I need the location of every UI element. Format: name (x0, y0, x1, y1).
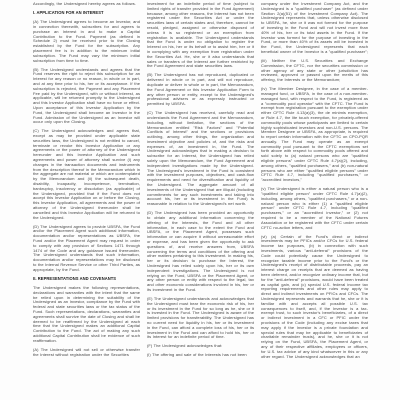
text-column-2: investment for an indefinite period of t… (147, 2, 254, 400)
paragraph: (B) The Undersigned understands and agre… (33, 68, 140, 126)
section-heading: II. REPRESENTATIONS AND COVENANTS (33, 277, 140, 282)
paragraph: company under the Investment Company Act… (261, 2, 368, 55)
paragraph: investment for an indefinite period of t… (147, 2, 254, 69)
paragraph: (iv) The Member Designee, in the case of… (261, 87, 368, 183)
document-columns: Accordingly, the Undersigned hereby agre… (33, 2, 368, 400)
paragraph: (v) The Undersigned is either a natural … (261, 187, 368, 230)
paragraph: (B) The Undersigned has not reproduced, … (147, 73, 254, 107)
text-column-3: company under the Investment Company Act… (261, 2, 368, 400)
paragraph: (D) The Undersigned has been provided an… (147, 211, 254, 293)
text-column-1: Accordingly, the Undersigned hereby agre… (33, 2, 140, 400)
paragraph: (C) The Undersigned acknowledges and agr… (33, 129, 140, 220)
document-page: Accordingly, the Undersigned hereby agre… (0, 0, 400, 400)
paragraph: (A) The Undersigned agrees to become an … (33, 20, 140, 63)
paragraph: (vi) (a) Certain of the Fund's direct or… (261, 235, 368, 360)
paragraph: (E) The Undersigned understands and ackn… (147, 297, 254, 340)
paragraph: (iii) Neither the U.S. Securities and Ex… (261, 59, 368, 83)
paragraph: (i) The offering and sale of the Interes… (147, 353, 254, 358)
paragraph: Accordingly, the Undersigned hereby agre… (33, 2, 140, 7)
paragraph: (D) The Undersigned agrees to provide UB… (33, 225, 140, 273)
paragraph: (C) The Undersigned has received, carefu… (147, 111, 254, 207)
paragraph: (A) The Undersigned will not sell or oth… (33, 348, 140, 358)
paragraph: The Undersigned makes the following repr… (33, 286, 140, 344)
paragraph: (F) The Undersigned acknowledges that: (147, 344, 254, 349)
section-heading: I. APPLICATION FOR AN INTEREST (33, 11, 140, 16)
